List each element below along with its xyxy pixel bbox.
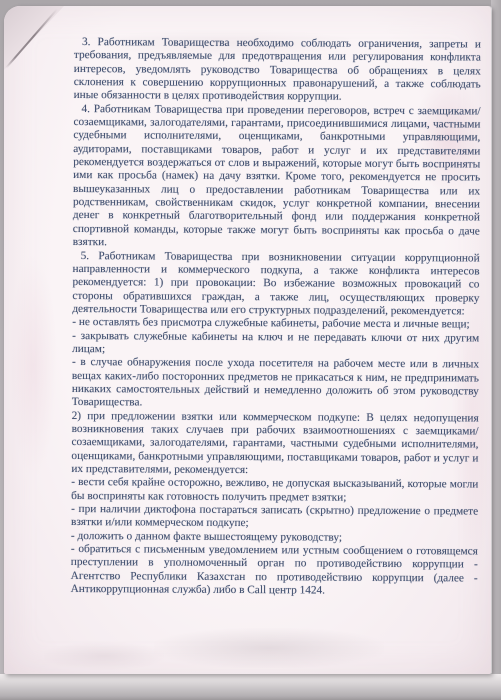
scanner-bed-bottom-edge bbox=[0, 674, 501, 700]
bullet-notify-anticorruption-agency: - обратиться с письменным уведомлением и… bbox=[71, 543, 478, 599]
bullet-record-offer: - при наличии диктофона постараться запи… bbox=[71, 503, 478, 532]
bullet-lock-offices: - закрывать служебные кабинеты на ключ и… bbox=[72, 330, 479, 359]
bullet-found-objects: - в случае обнаружения после ухода посет… bbox=[72, 356, 479, 412]
scanned-page: 3. Работникам Товарищества необходимо со… bbox=[4, 6, 491, 674]
paragraph-4: 4. Работникам Товарищества при проведени… bbox=[73, 103, 481, 252]
scan-artifact-smudge bbox=[154, 628, 384, 668]
paragraph-3: 3. Работникам Товарищества необходимо со… bbox=[74, 36, 481, 105]
scanner-bed-right-edge bbox=[491, 0, 501, 700]
scanned-document-photo: 3. Работникам Товарищества необходимо со… bbox=[0, 0, 501, 700]
bullet-behave-carefully: - вести себя крайне осторожно, вежливо, … bbox=[71, 476, 478, 505]
scan-artifact-smudge bbox=[10, 256, 56, 476]
paragraph-5: 5. Работникам Товарищества при возникнов… bbox=[72, 249, 479, 318]
paragraph-bribe-offer: 2) при предложении взятки или коммерческ… bbox=[71, 410, 478, 479]
document-text-block: 3. Работникам Товарищества необходимо со… bbox=[71, 36, 481, 599]
scan-artifact-smudge bbox=[44, 642, 164, 670]
